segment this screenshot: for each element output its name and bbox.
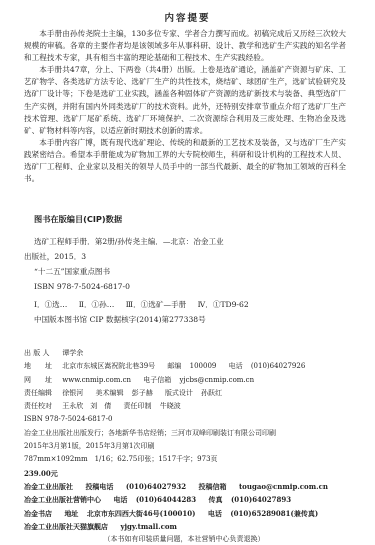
proofreader-label: 责任校对 <box>24 400 60 413</box>
contact-email: tougao@cnmip.com.cn <box>239 482 328 491</box>
cip-series-line: “十二五”国家重点图书 <box>24 264 344 279</box>
art-editor-label: 美术编辑 <box>95 389 123 397</box>
printing-label: 责任印制 <box>123 402 151 410</box>
summary-title: 内容提要 <box>0 10 375 24</box>
contact-row-submissions: 冶金工业出版社 投稿电话 (010)64027932 投稿信箱 tougao@c… <box>24 480 364 493</box>
phone-value: (010)64027926 <box>251 362 305 370</box>
printing-value: 牛晓波 <box>160 402 181 410</box>
contact-url: yjgy.tmall.com <box>120 522 176 531</box>
specs-line: 787mm×1092mm 1/16；62.75印张；1517千字；973页 <box>24 453 364 466</box>
classification-item: Ⅰ．①选… <box>34 297 67 312</box>
summary-paragraph: 本手册由孙传尧院士主编，130多位专家、学者合力撰写而成。初稿完成后又历经三次较… <box>24 28 346 64</box>
summary-paragraph: 本手册共47章，分上、下两卷（共4册）出版。上卷是选矿通论，涵盖矿产资源与矿床、… <box>24 64 346 137</box>
contact-row-marketing: 冶金工业出版社营销中心 电话 (010)64044283 传真 (010)640… <box>24 493 364 506</box>
email-label: 电子信箱 <box>143 376 171 384</box>
address-label: 地 址 <box>24 360 60 373</box>
email-value: yjcbs@cnmip.com.cn <box>180 376 255 384</box>
colophon-isbn: ISBN 978-7-5024-6817-0 <box>24 413 364 426</box>
cip-record: 中国版本图书馆 CIP 数据核字(2014)第277338号 <box>24 312 344 327</box>
postcode-value: 100009 <box>190 362 217 370</box>
address-row: 地 址 北京市东城区嵩祝院北巷39号 邮编 100009 电话 (010)640… <box>24 360 364 373</box>
price-line: 239.00元 <box>24 467 364 480</box>
edition-line: 2015年3月第1版，2015年3月第1次印刷 <box>24 440 364 453</box>
quality-notice: （本书如有印装质量问题，本社营销中心负责退换） <box>24 533 364 545</box>
classification-item: Ⅳ．①TD9-62 <box>198 297 249 312</box>
layout-label: 版式设计 <box>165 389 193 397</box>
editor-value: 徐银河 <box>62 389 83 397</box>
phone-label: 电话 <box>229 362 243 370</box>
contact-org: 冶金工业出版社 <box>24 482 73 491</box>
contact-row-tmall: 冶金工业出版社天猫旗舰店 yjgy.tmall.com <box>24 520 364 533</box>
postcode-label: 邮编 <box>167 362 181 370</box>
contact-fax: (010)64027893 <box>231 495 291 504</box>
colophon: 出 版 人 谭学余 地 址 北京市东城区嵩祝院北巷39号 邮编 100009 电… <box>24 347 364 545</box>
publisher-value: 谭学余 <box>62 349 83 357</box>
art-editor-value: 彭子赫 <box>132 389 153 397</box>
contact-phone: (010)64027932 <box>126 482 186 491</box>
editors-row: 责任编辑 徐银河 美术编辑 彭子赫 版式设计 孙跃红 <box>24 387 364 400</box>
contact-address: 北京市东四西大街46号(100010) <box>87 509 196 518</box>
contact-org: 冶金书店 <box>24 509 52 518</box>
website-value: www.cnmip.com.cn <box>62 376 131 384</box>
contact-org: 冶金工业出版社天猫旗舰店 <box>24 522 108 531</box>
contact-row-bookstore: 冶金书店 地址 北京市东四西大街46号(100010) 电话 (010)6528… <box>24 507 364 520</box>
distribution-line: 冶金工业出版社出版发行；各地新华书店经销；三河市双峰印刷装订有限公司印刷 <box>24 427 364 440</box>
classification-item: Ⅲ．①选矿—手册 <box>126 297 186 312</box>
layout-value: 孙跃红 <box>201 389 222 397</box>
proofreading-row: 责任校对 王永欣 刘 倩 责任印制 牛晓波 <box>24 400 364 413</box>
contact-phone-label: 电话 <box>113 495 127 504</box>
address-value: 北京市东城区嵩祝院北巷39号 <box>62 362 155 370</box>
cip-data: 选矿工程师手册．第2册/孙传尧主编．—北京：冶金工业 出版社，2015．3 “十… <box>24 234 344 327</box>
cip-classification: Ⅰ．①选… Ⅱ．①孙… Ⅲ．①选矿—手册 Ⅳ．①TD9-62 <box>24 297 344 312</box>
proofreader-value: 王永欣 刘 倩 <box>62 402 111 410</box>
contact-fax-label: 传真 <box>209 495 223 504</box>
contact-org: 冶金工业出版社营销中心 <box>24 495 101 504</box>
contact-email-label: 投稿信箱 <box>199 482 227 491</box>
cip-isbn: ISBN 978-7-5024-6817-0 <box>24 279 344 294</box>
summary-body: 本手册由孙传尧院士主编，130多位专家、学者合力撰写而成。初稿完成后又历经三次较… <box>24 28 346 185</box>
summary-paragraph: 本手册内容广博，既有现代选矿理论、传统的和最新的工艺技术及装备，又与选矿厂生产实… <box>24 137 346 185</box>
cip-publisher-line: 出版社，2015．3 <box>24 249 344 264</box>
website-row: 网 址 www.cnmip.com.cn 电子信箱 yjcbs@cnmip.co… <box>24 374 364 387</box>
classification-item: Ⅱ．①孙… <box>79 297 115 312</box>
website-label: 网 址 <box>24 374 60 387</box>
contact-address-label: 地址 <box>64 509 78 518</box>
cip-heading: 图书在版编目(CIP)数据 <box>34 214 122 225</box>
contact-phone-label: 投稿电话 <box>85 482 113 491</box>
contact-phone: (010)65289081(兼传真) <box>230 509 318 518</box>
publisher-row: 出 版 人 谭学余 <box>24 347 364 360</box>
contact-phone-label: 电话 <box>208 509 222 518</box>
contact-phone: (010)64044283 <box>136 495 196 504</box>
copyright-page: 内容提要 本手册由孙传尧院士主编，130多位专家、学者合力撰写而成。初稿完成后又… <box>0 0 375 545</box>
cip-title-line: 选矿工程师手册．第2册/孙传尧主编．—北京：冶金工业 <box>24 234 344 249</box>
editor-label: 责任编辑 <box>24 387 60 400</box>
publisher-label: 出 版 人 <box>24 347 60 360</box>
